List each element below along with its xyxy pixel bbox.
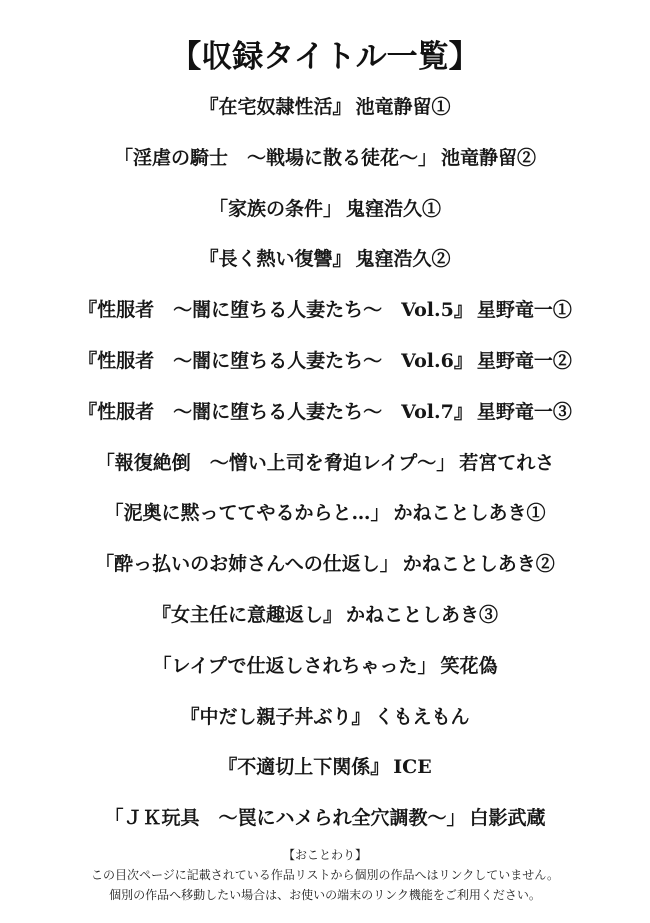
list-item: 「レイプで仕返しされちゃった」笑花偽 — [0, 652, 650, 703]
work-title: 「酔っ払いのお姉さんへの仕返し」 — [95, 553, 399, 575]
list-item: 「報復絶倒 ～憎い上司を脅迫レイプ～」若宮てれさ — [0, 449, 650, 500]
work-title: 「泥奥に黙っててやるからと…」 — [104, 502, 389, 524]
list-item: 「家族の条件」鬼窪浩久① — [0, 195, 650, 246]
author-name: 星野竜一③ — [477, 401, 572, 423]
work-title: 「レイプで仕返しされちゃった」 — [152, 655, 436, 677]
author-name: 池竜静留① — [356, 96, 451, 118]
notice-line-1: この目次ページに記載されている作品リストから個別の作品へはリンクしていません。 — [0, 865, 650, 885]
author-name: かねことしあき② — [403, 553, 555, 575]
author-name: 白影武蔵 — [470, 807, 546, 829]
author-name: かねことしあき③ — [346, 604, 498, 626]
title-list: 『在宅奴隷性活』池竜静留① 「淫虐の騎士 ～戦場に散る徒花～」池竜静留② 「家族… — [0, 93, 650, 855]
work-title: 「報復絶倒 ～憎い上司を脅迫レイプ～」 — [96, 452, 455, 474]
author-name: くもえもん — [375, 706, 470, 728]
list-item: 「泥奥に黙っててやるからと…」かねことしあき① — [0, 499, 650, 550]
author-name: 星野竜一② — [477, 350, 572, 372]
list-item: 『長く熱い復讐』鬼窪浩久② — [0, 245, 650, 296]
list-item: 『女主任に意趣返し』かねことしあき③ — [0, 601, 650, 652]
work-title: 『不適切上下関係』 — [218, 756, 389, 778]
work-title: 「家族の条件」 — [209, 198, 342, 220]
author-name: 池竜静留② — [441, 147, 536, 169]
work-title: 『性服者 ～闇に堕ちる人妻たち～ Vol.5』 — [78, 299, 473, 321]
work-title: 『女主任に意趣返し』 — [152, 604, 342, 626]
list-item: 『性服者 ～闇に堕ちる人妻たち～ Vol.5』星野竜一① — [0, 296, 650, 347]
work-title: 『中だし親子丼ぶり』 — [180, 706, 370, 728]
work-title: 「ＪＫ玩具 ～罠にハメられ全穴調教～」 — [104, 807, 465, 829]
list-item: 『性服者 ～闇に堕ちる人妻たち～ Vol.7』星野竜一③ — [0, 398, 650, 449]
author-name: 笑花偽 — [441, 655, 498, 677]
work-title: 「淫虐の騎士 ～戦場に散る徒花～」 — [114, 147, 437, 169]
list-item: 「酔っ払いのお姉さんへの仕返し」かねことしあき② — [0, 550, 650, 601]
notice-line-2: 個別の作品へ移動したい場合は、お使いの端末のリンク機能をご利用ください。 — [0, 885, 650, 905]
author-name: かねことしあき① — [394, 502, 546, 524]
author-name: 星野竜一① — [477, 299, 572, 321]
author-name: 若宮てれさ — [459, 452, 554, 474]
list-item: 「淫虐の騎士 ～戦場に散る徒花～」池竜静留② — [0, 144, 650, 195]
page-title: 【収録タイトル一覧】 — [0, 34, 650, 80]
author-name: 鬼窪浩久② — [356, 248, 451, 270]
list-item: 『性服者 ～闇に堕ちる人妻たち～ Vol.6』星野竜一② — [0, 347, 650, 398]
list-item: 『中だし親子丼ぶり』くもえもん — [0, 703, 650, 754]
work-title: 『性服者 ～闇に堕ちる人妻たち～ Vol.6』 — [78, 350, 473, 372]
list-item: 『不適切上下関係』ICE — [0, 753, 650, 804]
list-item: 『在宅奴隷性活』池竜静留① — [0, 93, 650, 144]
author-name: 鬼窪浩久① — [346, 198, 441, 220]
work-title: 『在宅奴隷性活』 — [199, 96, 351, 118]
notice-heading: 【おことわり】 — [0, 845, 650, 865]
work-title: 『性服者 ～闇に堕ちる人妻たち～ Vol.7』 — [78, 401, 473, 423]
work-title: 『長く熱い復讐』 — [199, 248, 351, 270]
author-name: ICE — [393, 756, 432, 778]
disclaimer-notice: 【おことわり】 この目次ページに記載されている作品リストから個別の作品へはリンク… — [0, 845, 650, 905]
